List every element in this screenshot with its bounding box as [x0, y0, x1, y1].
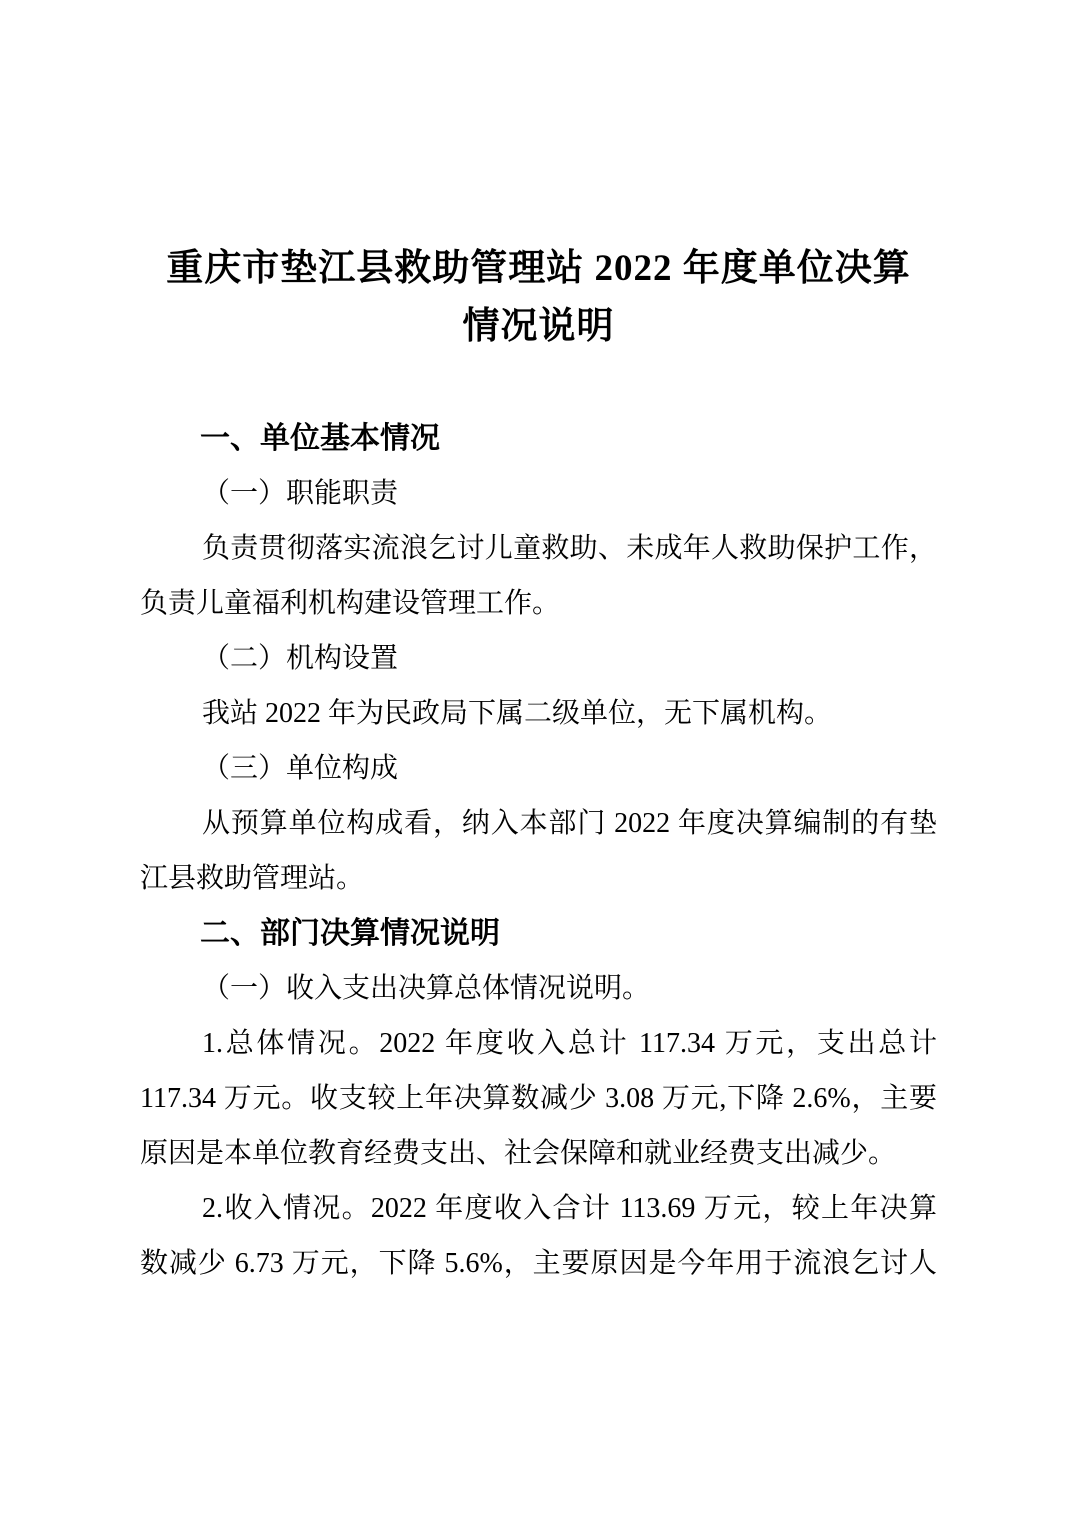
paragraph-line: 原因是本单位教育经费支出、社会保障和就业经费支出减少。 — [140, 1126, 937, 1181]
paragraph-line: 1.总体情况。2022 年度收入总计 117.34 万元，支出总计 — [140, 1016, 937, 1071]
section-heading-1: 一、单位基本情况 — [140, 411, 937, 466]
paragraph-line: 负责贯彻落实流浪乞讨儿童救助、未成年人救助保护工作， — [140, 521, 937, 576]
paragraph-line: 我站 2022 年为民政局下属二级单位，无下属机构。 — [140, 686, 937, 741]
section-heading-2: 二、部门决算情况说明 — [140, 906, 937, 961]
paragraph-line: 数减少 6.73 万元，下降 5.6%，主要原因是今年用于流浪乞讨人 — [140, 1236, 937, 1291]
title-body-spacer — [140, 356, 937, 411]
subsection-heading-2-1: （一）收入支出决算总体情况说明。 — [140, 961, 937, 1016]
paragraph-line: 江县救助管理站。 — [140, 851, 937, 906]
paragraph-line: 2.收入情况。2022 年度收入合计 113.69 万元，较上年决算 — [140, 1181, 937, 1236]
subsection-heading-1-1: （一）职能职责 — [140, 466, 937, 521]
subsection-heading-1-3: （三）单位构成 — [140, 741, 937, 796]
document-page: 重庆市垫江县救助管理站 2022 年度单位决算 情况说明 一、单位基本情况 （一… — [0, 0, 1074, 1520]
subsection-heading-1-2: （二）机构设置 — [140, 631, 937, 686]
paragraph-line: 从预算单位构成看，纳入本部门 2022 年度决算编制的有垫 — [140, 796, 937, 851]
document-title-line-2: 情况说明 — [140, 298, 937, 356]
document-title-line-1: 重庆市垫江县救助管理站 2022 年度单位决算 — [140, 240, 937, 298]
paragraph-line: 负责儿童福利机构建设管理工作。 — [140, 576, 937, 631]
paragraph-line: 117.34 万元。收支较上年决算数减少 3.08 万元,下降 2.6%，主要 — [140, 1071, 937, 1126]
